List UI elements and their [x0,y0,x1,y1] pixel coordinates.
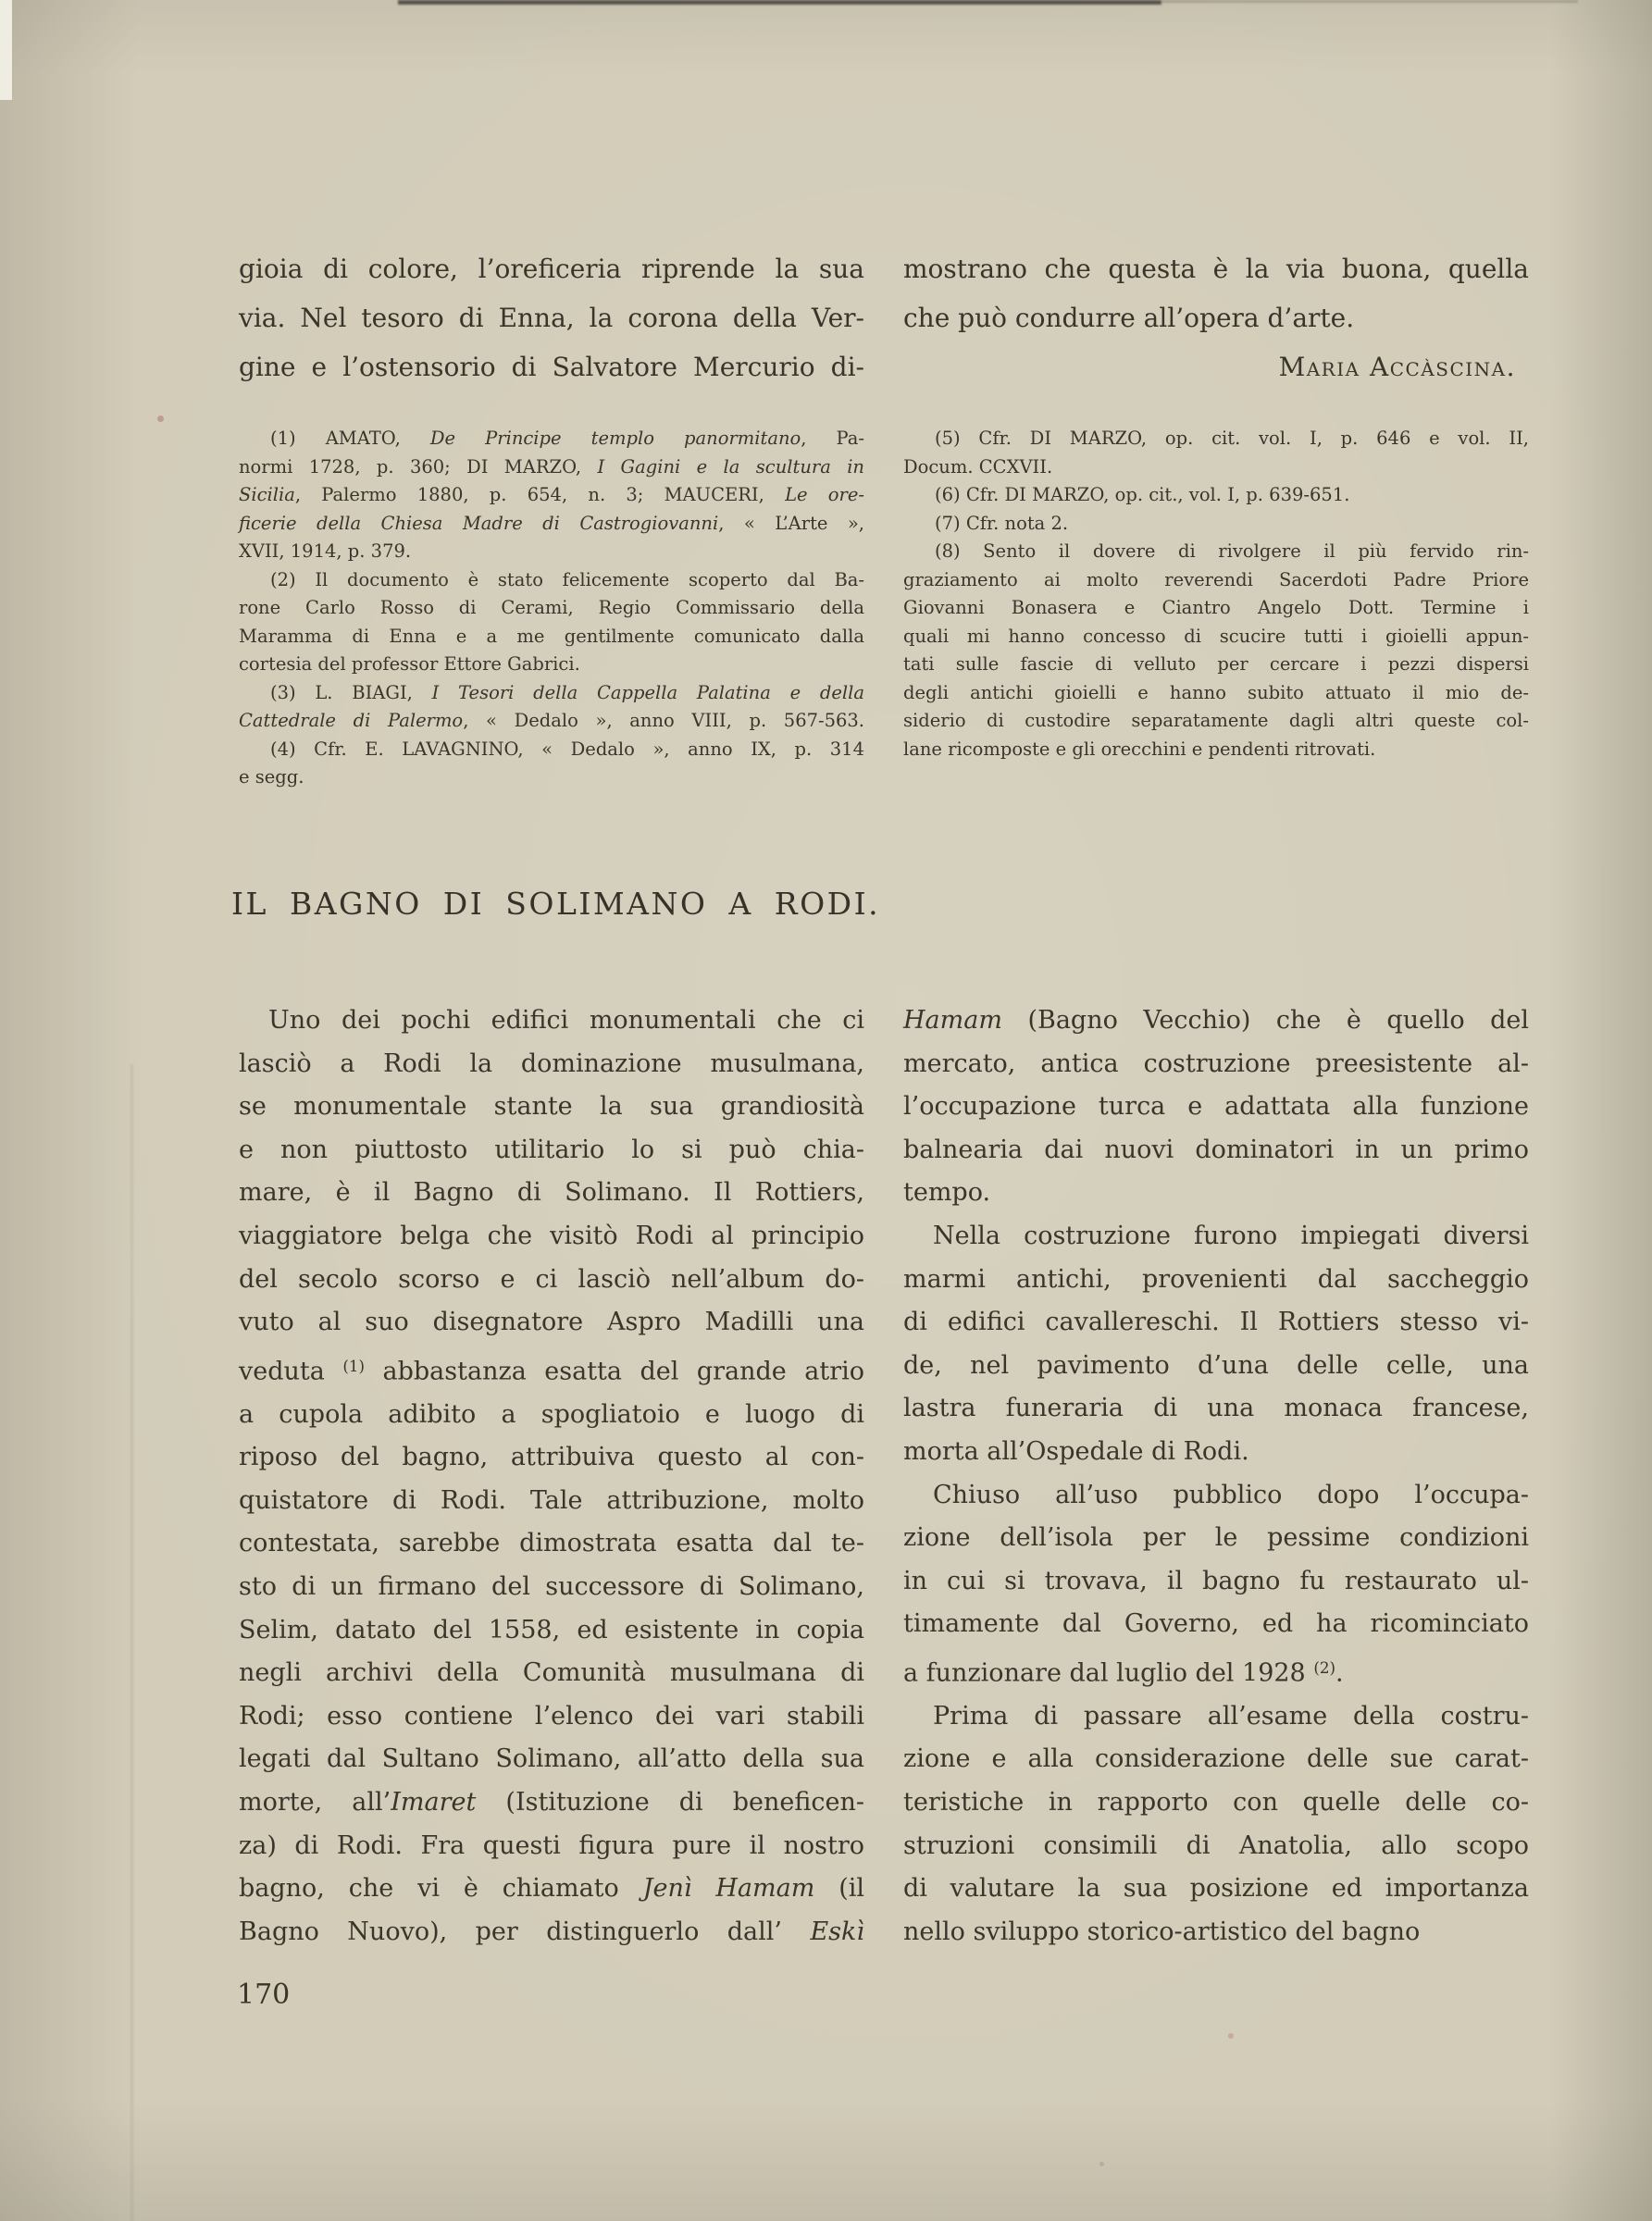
text-segment: gine e l’ostensorio di Salvatore Mercuri… [239,352,864,382]
footnote-reference-mark: (1) [342,1357,365,1375]
text-segment: veduta [239,1357,342,1385]
scan-edge-line-faint [1161,0,1578,3]
text-segment: tempo. [903,1178,990,1207]
text-segment: Uno dei pochi edifici monumentali che ci [268,1006,864,1035]
text-line: cortesia del professor Ettore Gabrici. [239,651,864,679]
text-segment: , « L’Arte », [718,513,864,534]
text-line: veduta (1) abbastanza esatta del grande … [239,1345,864,1394]
text-line: marmi antichi, provenienti dal saccheggi… [903,1259,1529,1302]
text-segment: Nella costruzione furono impiegati diver… [933,1222,1529,1250]
article-body-left-column: Uno dei pochi edifici monumentali che ci… [239,999,864,1954]
text-line: graziamento ai molto reverendi Sacerdoti… [903,566,1529,595]
text-line: (8) Sento il dovere di rivolgere il più … [903,538,1529,566]
text-segment: de, nel pavimento d’una delle celle, una [903,1351,1529,1380]
text-line: normi 1728, p. 360; DI MARZO, I Gagini e… [239,453,864,482]
stain-speck [1099,2162,1104,2166]
text-segment: in cui si trovava, il bagno fu restaurat… [903,1567,1529,1595]
text-line: bagno, che vi è chiamato Jenì Hamam (il [239,1867,864,1911]
text-line: Selim, datato del 1558, ed esistente in … [239,1609,864,1653]
italic-text-segment: Cattedrale di Palermo [239,710,463,731]
text-segment: mare, è il Bagno di Solimano. Il Rottier… [239,1178,864,1207]
text-line: (6) Cfr. DI MARZO, op. cit., vol. I, p. … [903,481,1529,510]
text-segment: cortesia del professor Ettore Gabrici. [239,653,580,675]
text-line: Sicilia, Palermo 1880, p. 654, n. 3; MAU… [239,481,864,510]
text-segment: mercato, antica costruzione preesistente… [903,1049,1529,1078]
text-line: Chiuso all’uso pubblico dopo l’occupa- [903,1474,1529,1518]
italic-text-segment: ficerie della Chiesa Madre di Castrogiov… [239,513,718,534]
italic-text-segment: I Gagini e la scultura in [597,456,864,478]
text-line: riposo del bagno, attribuiva questo al c… [239,1436,864,1480]
text-line: siderio di custodire separatamente dagli… [903,707,1529,736]
scan-edge-line [398,0,1161,5]
text-segment: nello sviluppo storico-artistico del bag… [903,1917,1420,1946]
text-line: che può condurre all’opera d’arte. [903,293,1529,342]
text-line: lasciò a Rodi la dominazione musulmana, [239,1043,864,1086]
previous-article-end-right-column: mostrano che questa è la via buona, quel… [903,244,1529,391]
text-segment: Giovanni Bonasera e Ciantro Angelo Dott.… [903,597,1529,618]
text-segment: marmi antichi, provenienti dal saccheggi… [903,1265,1529,1294]
footnotes-right-column: (5) Cfr. DI MARZO, op. cit. vol. I, p. 6… [903,425,1529,763]
text-line: tempo. [903,1172,1529,1215]
text-segment: di edifici cavallereschi. Il Rottiers st… [903,1308,1529,1336]
text-line: Prima di passare all’esame della costru- [903,1695,1529,1739]
text-segment: morte, all’ [239,1788,391,1817]
text-line: teristiche in rapporto con quelle delle … [903,1781,1529,1825]
text-segment: , Palermo 1880, p. 654, n. 3; MAUCERI, [295,484,785,505]
italic-text-segment: Jenì Hamam [643,1874,815,1903]
text-line: lane ricomposte e gli orecchini e penden… [903,736,1529,764]
text-line: vuto al suo disegnatore Aspro Madilli un… [239,1301,864,1345]
author-signature: Maria Accàscina. [1279,352,1516,382]
text-line: gioia di colore, l’oreficeria riprende l… [239,244,864,293]
text-line: quali mi hanno concesso di scucire tutti… [903,623,1529,651]
text-line: mare, è il Bagno di Solimano. Il Rottier… [239,1172,864,1215]
text-segment: (2) Il documento è stato felicemente sco… [270,569,864,590]
text-segment: , « Dedalo », anno VIII, p. 567-563. [463,710,864,731]
previous-article-end-left-column: gioia di colore, l’oreficeria riprende l… [239,244,864,391]
text-line: e segg. [239,763,864,792]
text-segment: (5) Cfr. DI MARZO, op. cit. vol. I, p. 6… [935,428,1529,449]
italic-text-segment: Sicilia [239,484,295,505]
text-segment: Bagno Nuovo), per distinguerlo dall’ [239,1917,810,1946]
text-segment: siderio di custodire separatamente dagli… [903,710,1529,731]
article-body-right-column: Hamam (Bagno Vecchio) che è quello delme… [903,999,1529,1954]
text-segment: , Pa- [801,428,864,449]
text-segment: negli archivi della Comunità musulmana d… [239,1658,864,1687]
text-segment: gioia di colore, l’oreficeria riprende l… [239,254,864,284]
text-segment: quali mi hanno concesso di scucire tutti… [903,626,1529,647]
text-segment: Rodi; esso contiene l’elenco dei vari st… [239,1702,864,1731]
text-segment: abbastanza esatta del grande atrio [365,1357,864,1385]
text-line: mercato, antica costruzione preesistente… [903,1043,1529,1086]
text-line: e non piuttosto utilitario lo si può chi… [239,1129,864,1173]
text-line: (7) Cfr. nota 2. [903,510,1529,539]
text-line: za) di Rodi. Fra questi figura pure il n… [239,1825,864,1868]
text-segment: bagno, che vi è chiamato [239,1874,643,1903]
text-line: gine e l’ostensorio di Salvatore Mercuri… [239,342,864,391]
text-line: zione e alla considerazione delle sue ca… [903,1738,1529,1781]
scan-corner-white [0,0,12,100]
text-segment: degli antichi gioielli e hanno subito at… [903,682,1529,703]
italic-text-segment: Imaret [391,1788,476,1817]
text-line: Giovanni Bonasera e Ciantro Angelo Dott.… [903,594,1529,623]
text-segment: viaggiatore belga che visitò Rodi al pri… [239,1222,864,1250]
text-line: di edifici cavallereschi. Il Rottiers st… [903,1301,1529,1345]
text-line: Maria Accàscina. [903,342,1529,391]
text-segment: struzioni consimili di Anatolia, allo sc… [903,1831,1529,1860]
text-segment: timamente dal Governo, ed ha ricominciat… [903,1609,1529,1638]
text-segment: e non piuttosto utilitario lo si può chi… [239,1135,864,1164]
text-line: degli antichi gioielli e hanno subito at… [903,679,1529,708]
text-line: legati dal Sultano Solimano, all’atto de… [239,1738,864,1781]
text-line: Maramma di Enna e a me gentilmente comun… [239,623,864,651]
text-segment: lasciò a Rodi la dominazione musulmana, [239,1049,864,1078]
text-line: Bagno Nuovo), per distinguerlo dall’ Esk… [239,1911,864,1954]
text-segment: a funzionare dal luglio del 1928 [903,1658,1313,1687]
italic-text-segment: Le ore- [785,484,864,505]
text-line: sto di un firmano del successore di Soli… [239,1566,864,1609]
text-segment: che può condurre all’opera d’arte. [903,303,1354,333]
text-line: mostrano che questa è la via buona, quel… [903,244,1529,293]
paper-fold-line [130,1064,133,2221]
text-segment: a cupola adibito a spogliatoio e luogo d… [239,1400,864,1429]
text-line: negli archivi della Comunità musulmana d… [239,1652,864,1695]
text-line: a funzionare dal luglio del 1928 (2). [903,1646,1529,1695]
text-line: via. Nel tesoro di Enna, la corona della… [239,293,864,342]
text-line: XVII, 1914, p. 379. [239,538,864,566]
text-line: struzioni consimili di Anatolia, allo sc… [903,1825,1529,1868]
text-segment: rone Carlo Rosso di Cerami, Regio Commis… [239,597,864,618]
text-segment: (il [814,1874,864,1903]
text-segment: Docum. CCXVII. [903,456,1052,478]
text-segment: zione dell’isola per le pessime condizio… [903,1523,1529,1552]
scanned-book-page: gioia di colore, l’oreficeria riprende l… [0,0,1652,2221]
text-line: Rodi; esso contiene l’elenco dei vari st… [239,1695,864,1739]
text-line: (2) Il documento è stato felicemente sco… [239,566,864,595]
text-line: di valutare la sua posizione ed importan… [903,1867,1529,1911]
text-line: se monumentale stante la sua grandiosità [239,1086,864,1129]
footnote-reference-mark: (2) [1313,1658,1335,1677]
text-segment: (Istituzione di beneficen- [476,1788,864,1817]
text-line: morte, all’Imaret (Istituzione di benefi… [239,1781,864,1825]
text-line: morta all’Ospedale di Rodi. [903,1431,1529,1474]
italic-text-segment: Hamam [903,1006,1002,1035]
text-segment: (7) Cfr. nota 2. [935,513,1068,534]
italic-text-segment: Eskì [810,1917,864,1946]
text-line: a cupola adibito a spogliatoio e luogo d… [239,1394,864,1437]
text-segment: (1) AMATO, [270,428,430,449]
text-line: Nella costruzione furono impiegati diver… [903,1215,1529,1259]
text-segment: mostrano che questa è la via buona, quel… [903,254,1529,284]
text-segment: (4) Cfr. E. LAVAGNINO, « Dedalo », anno … [270,738,864,760]
text-segment: lastra funeraria di una monaca francese, [903,1394,1529,1422]
text-line: nello sviluppo storico-artistico del bag… [903,1911,1529,1954]
text-segment: del secolo scorso e ci lasciò nell’album… [239,1265,864,1294]
text-segment: vuto al suo disegnatore Aspro Madilli un… [239,1308,864,1336]
text-segment: contestata, sarebbe dimostrata esatta da… [239,1529,864,1557]
text-line: rone Carlo Rosso di Cerami, Regio Commis… [239,594,864,623]
text-segment: di valutare la sua posizione ed importan… [903,1874,1529,1903]
text-line: tati sulle fascie di velluto per cercare… [903,651,1529,679]
text-segment: normi 1728, p. 360; DI MARZO, [239,456,597,478]
text-segment: (Bagno Vecchio) che è quello del [1002,1006,1529,1035]
text-line: (5) Cfr. DI MARZO, op. cit. vol. I, p. 6… [903,425,1529,453]
text-segment: l’occupazione turca e adattata alla funz… [903,1092,1529,1121]
text-line: (3) L. BIAGI, I Tesori della Cappella Pa… [239,679,864,708]
stain-speck [157,416,164,422]
text-segment: riposo del bagno, attribuiva questo al c… [239,1443,864,1471]
text-segment: Selim, datato del 1558, ed esistente in … [239,1616,864,1644]
text-line: (4) Cfr. E. LAVAGNINO, « Dedalo », anno … [239,736,864,764]
text-line: Hamam (Bagno Vecchio) che è quello del [903,999,1529,1043]
text-line: timamente dal Governo, ed ha ricominciat… [903,1603,1529,1646]
text-line: Cattedrale di Palermo, « Dedalo », anno … [239,707,864,736]
text-segment: legati dal Sultano Solimano, all’atto de… [239,1744,864,1773]
text-segment: Maramma di Enna e a me gentilmente comun… [239,626,864,647]
text-line: in cui si trovava, il bagno fu restaurat… [903,1560,1529,1604]
text-segment: (3) L. BIAGI, [270,682,432,703]
text-segment: via. Nel tesoro di Enna, la corona della… [239,303,864,333]
italic-text-segment: De Principe templo panormitano [430,428,801,449]
text-segment: lane ricomposte e gli orecchini e penden… [903,738,1375,760]
text-line: contestata, sarebbe dimostrata esatta da… [239,1522,864,1566]
text-segment: tati sulle fascie di velluto per cercare… [903,653,1529,675]
italic-text-segment: I Tesori della Cappella Palatina e della [432,682,864,703]
text-segment: Chiuso all’uso pubblico dopo l’occupa- [933,1481,1529,1509]
page-number: 170 [237,1977,290,2014]
text-segment: za) di Rodi. Fra questi figura pure il n… [239,1831,864,1860]
text-line: l’occupazione turca e adattata alla funz… [903,1086,1529,1129]
text-segment: (8) Sento il dovere di rivolgere il più … [935,540,1529,562]
text-segment: . [1335,1658,1344,1687]
text-segment: se monumentale stante la sua grandiosità [239,1092,864,1121]
text-segment: quistatore di Rodi. Tale attribuzione, m… [239,1486,864,1515]
text-line: balnearia dai nuovi dominatori in un pri… [903,1129,1529,1173]
text-segment: e segg. [239,766,304,788]
text-line: Docum. CCXVII. [903,453,1529,482]
text-line: (1) AMATO, De Principe templo panormitan… [239,425,864,453]
text-segment: morta all’Ospedale di Rodi. [903,1437,1249,1466]
footnotes-left-column: (1) AMATO, De Principe templo panormitan… [239,425,864,792]
text-line: de, nel pavimento d’una delle celle, una [903,1345,1529,1388]
text-line: lastra funeraria di una monaca francese, [903,1387,1529,1431]
text-segment: sto di un firmano del successore di Soli… [239,1572,864,1601]
text-line: viaggiatore belga che visitò Rodi al pri… [239,1215,864,1259]
text-segment: zione e alla considerazione delle sue ca… [903,1744,1529,1773]
text-line: Uno dei pochi edifici monumentali che ci [239,999,864,1043]
text-segment: (6) Cfr. DI MARZO, op. cit., vol. I, p. … [935,484,1349,505]
text-line: del secolo scorso e ci lasciò nell’album… [239,1259,864,1302]
text-segment: XVII, 1914, p. 379. [239,540,411,562]
text-segment: balnearia dai nuovi dominatori in un pri… [903,1135,1529,1164]
text-line: quistatore di Rodi. Tale attribuzione, m… [239,1480,864,1523]
text-line: ficerie della Chiesa Madre di Castrogiov… [239,510,864,539]
stain-speck [1228,2033,1234,2039]
text-line: zione dell’isola per le pessime condizio… [903,1517,1529,1560]
text-segment: graziamento ai molto reverendi Sacerdoti… [903,569,1529,590]
text-segment: Prima di passare all’esame della costru- [933,1702,1529,1731]
text-segment: teristiche in rapporto con quelle delle … [903,1788,1529,1817]
article-title: IL BAGNO DI SOLIMANO A RODI. [231,882,1064,926]
